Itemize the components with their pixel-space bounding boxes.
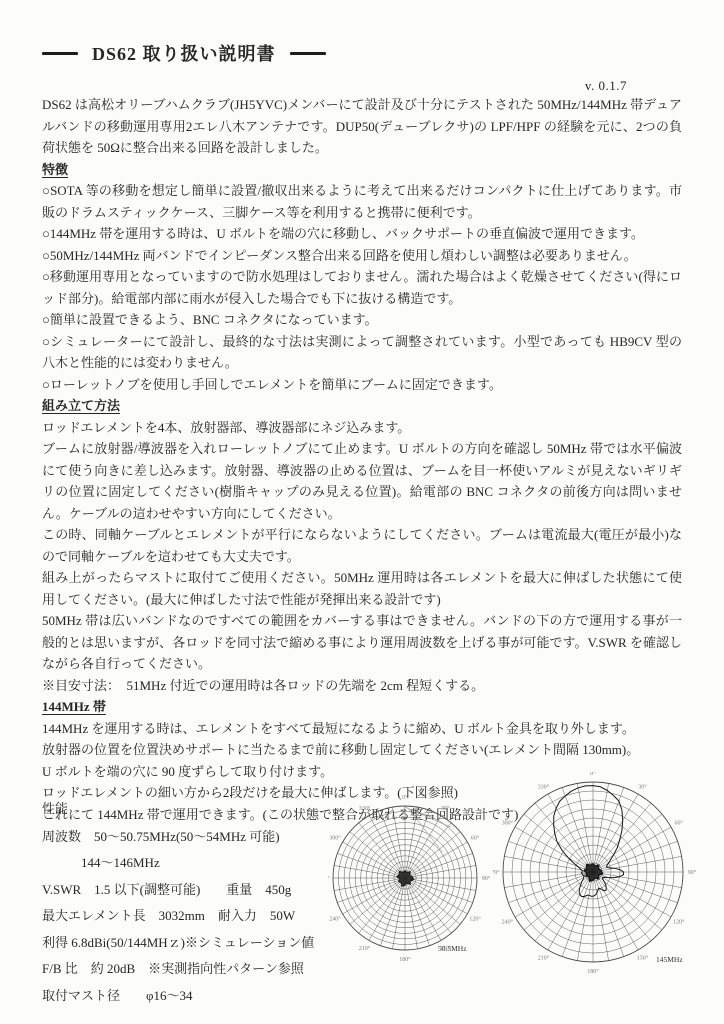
radiation-pattern-chart-50mhz: 0°30°60°90°120°150°180°210°240°270°300°3… — [328, 782, 490, 976]
svg-text:30°: 30° — [638, 783, 647, 790]
svg-text:145MHz: 145MHz — [656, 955, 683, 964]
svg-text:0°: 0° — [402, 794, 408, 801]
svg-text:330°: 330° — [359, 805, 371, 812]
band144-paragraph: 144MHz を運用する時は、エレメントをすべて最短になるように縮め、U ボルト… — [42, 718, 682, 740]
svg-text:150°: 150° — [637, 955, 649, 962]
manual-page: DS62 取り扱い説明書 v. 0.1.7 DS62 は高松オリーブハムクラブ(… — [0, 0, 724, 1024]
svg-text:90°: 90° — [688, 869, 697, 876]
svg-text:270°: 270° — [328, 875, 330, 882]
features-list: ○SOTA 等の移動を想定し簡単に設置/撤収出来るように考えて出来るだけコンパク… — [42, 180, 682, 395]
intro-paragraph: DS62 は高松オリーブハムクラブ(JH5YVC)メンバーにて設計及び十分にテス… — [42, 94, 682, 159]
svg-text:30°: 30° — [441, 805, 450, 812]
assembly-paragraph: ロッドエレメントを4本、放射器部、導波器部にネジ込みます。 — [42, 417, 682, 439]
features-heading: 特徴 — [42, 159, 682, 181]
svg-text:120°: 120° — [469, 916, 481, 923]
svg-text:270°: 270° — [493, 869, 500, 876]
assembly-paragraph: ブームに放射器/導波器を入れローレットノブにて止めます。U ボルトの方向を確認し… — [42, 438, 682, 524]
svg-text:180°: 180° — [587, 968, 599, 974]
document-body: DS62 は高松オリーブハムクラブ(JH5YVC)メンバーにて設計及び十分にテス… — [42, 94, 682, 825]
feature-item: ○移動運用専用となっていますので防水処理はしておりません。濡れた場合はよく乾燥さ… — [42, 266, 682, 309]
feature-item: ○50MHz/144MHz 両バンドでインピーダンス整合出来る回路を使用し煩わし… — [42, 245, 682, 267]
assembly-paragraph: この時、同軸ケーブルとエレメントが平行にならないようにしてください。ブームは電流… — [42, 524, 682, 567]
svg-text:90°: 90° — [482, 875, 490, 882]
svg-text:330°: 330° — [538, 783, 550, 790]
assembly-paragraph: 組み上がったらマストに取付てご使用ください。50MHz 運用時は各エレメントを最… — [42, 567, 682, 610]
version-label: v. 0.1.7 — [585, 78, 627, 94]
assembly-paragraphs: ロッドエレメントを4本、放射器部、導波器部にネジ込みます。ブームに放射器/導波器… — [42, 417, 682, 697]
svg-text:240°: 240° — [502, 919, 514, 926]
assembly-paragraph: 50MHz 帯は広いバンドなのですべての範囲をカバーする事はできません。バンドの… — [42, 610, 682, 675]
title-block: DS62 取り扱い説明書 — [42, 40, 682, 66]
feature-item: ○ローレットノブを使用し手回しでエレメントを簡単にブームに固定できます。 — [42, 374, 682, 396]
svg-text:300°: 300° — [329, 835, 341, 842]
svg-text:120°: 120° — [673, 919, 685, 926]
feature-item: ○シミュレーターにて設計し、最終的な寸法は実測によって調整されています。小型であ… — [42, 331, 682, 374]
performance-spec-line: 取付マスト径 φ16〜34 — [42, 983, 442, 1010]
svg-text:60°: 60° — [674, 820, 683, 827]
feature-item: ○144MHz 帯を運用する時は、U ボルトを端の穴に移動し、バックサポートの垂… — [42, 223, 682, 245]
svg-text:210°: 210° — [359, 945, 371, 952]
svg-text:50.5MHz: 50.5MHz — [438, 944, 467, 953]
svg-text:0°: 0° — [590, 772, 596, 777]
band144-heading: 144MHz 帯 — [42, 696, 682, 718]
page-title: DS62 取り扱い説明書 — [92, 40, 276, 66]
feature-item: ○SOTA 等の移動を想定し簡単に設置/撤収出来るように考えて出来るだけコンパク… — [42, 180, 682, 223]
assembly-heading: 組み立て方法 — [42, 395, 682, 417]
title-dash-left — [42, 52, 78, 55]
band144-paragraph: 放射器の位置を位置決めサポートに当たるまで前に移動し固定してください(エレメント… — [42, 739, 682, 761]
title-dash-right — [290, 52, 326, 55]
assembly-paragraph: ※目安寸法： 51MHz 付近での運用時は各ロッドの先端を 2cm 程短くする。 — [42, 675, 682, 697]
svg-text:210°: 210° — [538, 955, 550, 962]
svg-text:240°: 240° — [329, 916, 341, 923]
svg-text:60°: 60° — [471, 835, 480, 842]
feature-item: ○簡単に設置できるよう、BNC コネクタになっています。 — [42, 309, 682, 331]
svg-text:300°: 300° — [502, 820, 514, 827]
radiation-pattern-chart-145mhz: 0°30°60°90°120°150°180°210°240°270°300°3… — [493, 772, 708, 974]
svg-text:180°: 180° — [399, 956, 411, 963]
